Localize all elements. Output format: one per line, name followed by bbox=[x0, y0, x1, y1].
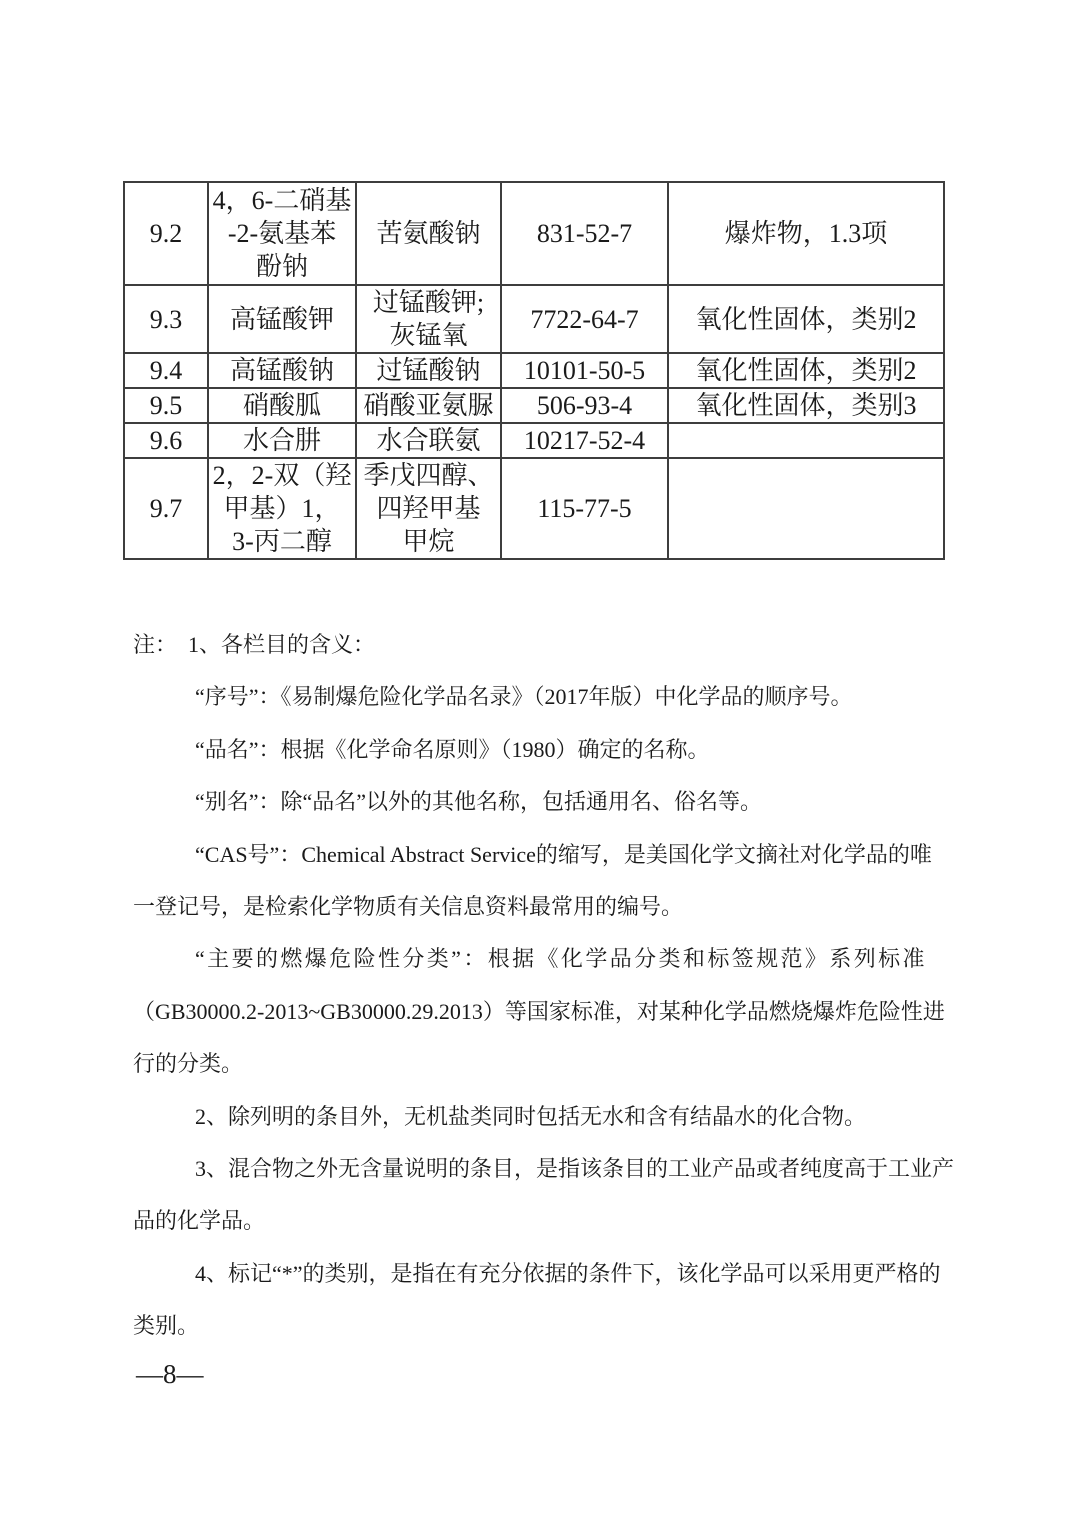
cell-cas-number: 115-77-5 bbox=[501, 458, 668, 559]
cell-product-name: 硝酸胍 bbox=[208, 388, 356, 423]
table-row: 9.4 高锰酸钠 过锰酸钠 10101-50-5 氧化性固体，类别2 bbox=[124, 353, 944, 388]
cell-hazard-class: 氧化性固体，类别2 bbox=[668, 353, 944, 388]
cell-cas-number: 506-93-4 bbox=[501, 388, 668, 423]
cell-cas-number: 10217-52-4 bbox=[501, 423, 668, 458]
table-row: 9.3 高锰酸钾 过锰酸钾; 灰锰氧 7722-64-7 氧化性固体，类别2 bbox=[124, 285, 944, 353]
note-line: 3、混合物之外无含量说明的条目，是指该条目的工业产品或者纯度高于工业产 bbox=[133, 1143, 973, 1195]
cell-alias: 硝酸亚氨脲 bbox=[356, 388, 501, 423]
cell-alias: 苦氨酸钠 bbox=[356, 182, 501, 285]
note-line: “序号”：《易制爆危险化学品名录》（2017年版）中化学品的顺序号。 bbox=[133, 671, 973, 723]
note-line: “别名”：除“品名”以外的其他名称，包括通用名、俗名等。 bbox=[133, 776, 973, 828]
cell-alias: 水合联氨 bbox=[356, 423, 501, 458]
cell-cas-number: 10101-50-5 bbox=[501, 353, 668, 388]
cell-alias: 季戊四醇、 四羟甲基 甲烷 bbox=[356, 458, 501, 559]
note-line: “主要的燃爆危险性分类”：根据《化学品分类和标签规范》系列标准 bbox=[133, 933, 973, 985]
note-line: 注： 1、各栏目的含义： bbox=[133, 619, 973, 671]
cell-alias: 过锰酸钠 bbox=[356, 353, 501, 388]
cell-product-name: 高锰酸钠 bbox=[208, 353, 356, 388]
cell-alias: 过锰酸钾; 灰锰氧 bbox=[356, 285, 501, 353]
note-line: 2、除列明的条目外，无机盐类同时包括无水和含有结晶水的化合物。 bbox=[133, 1091, 973, 1143]
table-row: 9.5 硝酸胍 硝酸亚氨脲 506-93-4 氧化性固体，类别3 bbox=[124, 388, 944, 423]
cell-hazard-class bbox=[668, 458, 944, 559]
cell-cas-number: 831-52-7 bbox=[501, 182, 668, 285]
cell-product-name: 2，2-双（羟 甲基）1， 3-丙二醇 bbox=[208, 458, 356, 559]
cell-product-name: 高锰酸钾 bbox=[208, 285, 356, 353]
cell-cas-number: 7722-64-7 bbox=[501, 285, 668, 353]
note-line: 4、标记“*”的类别，是指在有充分依据的条件下，该化学品可以采用更严格的 bbox=[133, 1248, 973, 1300]
cell-hazard-class: 氧化性固体，类别3 bbox=[668, 388, 944, 423]
document-page: 9.2 4，6-二硝基 -2-氨基苯 酚钠 苦氨酸钠 831-52-7 爆炸物，… bbox=[0, 0, 1080, 1539]
note-line: “CAS号”：Chemical Abstract Service的缩写，是美国化… bbox=[133, 829, 973, 881]
cell-product-name: 水合肼 bbox=[208, 423, 356, 458]
note-line: 品的化学品。 bbox=[133, 1195, 973, 1247]
note-line: 类别。 bbox=[133, 1300, 973, 1352]
cell-serial-number: 9.6 bbox=[124, 423, 208, 458]
cell-serial-number: 9.5 bbox=[124, 388, 208, 423]
cell-serial-number: 9.7 bbox=[124, 458, 208, 559]
page-number: —8— bbox=[136, 1356, 204, 1392]
note-line: 行的分类。 bbox=[133, 1038, 973, 1090]
note-line: （GB30000.2-2013~GB30000.29.2013）等国家标准，对某… bbox=[133, 986, 973, 1038]
notes-section: 注： 1、各栏目的含义： “序号”：《易制爆危险化学品名录》（2017年版）中化… bbox=[133, 619, 973, 1352]
cell-hazard-class bbox=[668, 423, 944, 458]
cell-serial-number: 9.3 bbox=[124, 285, 208, 353]
note-line: 一登记号，是检索化学物质有关信息资料最常用的编号。 bbox=[133, 881, 973, 933]
table-row: 9.7 2，2-双（羟 甲基）1， 3-丙二醇 季戊四醇、 四羟甲基 甲烷 11… bbox=[124, 458, 944, 559]
cell-hazard-class: 氧化性固体，类别2 bbox=[668, 285, 944, 353]
table-row: 9.6 水合肼 水合联氨 10217-52-4 bbox=[124, 423, 944, 458]
chemical-table: 9.2 4，6-二硝基 -2-氨基苯 酚钠 苦氨酸钠 831-52-7 爆炸物，… bbox=[123, 181, 945, 560]
cell-serial-number: 9.4 bbox=[124, 353, 208, 388]
table-row: 9.2 4，6-二硝基 -2-氨基苯 酚钠 苦氨酸钠 831-52-7 爆炸物，… bbox=[124, 182, 944, 285]
cell-serial-number: 9.2 bbox=[124, 182, 208, 285]
cell-product-name: 4，6-二硝基 -2-氨基苯 酚钠 bbox=[208, 182, 356, 285]
note-line: “品名”：根据《化学命名原则》（1980）确定的名称。 bbox=[133, 724, 973, 776]
cell-hazard-class: 爆炸物，1.3项 bbox=[668, 182, 944, 285]
